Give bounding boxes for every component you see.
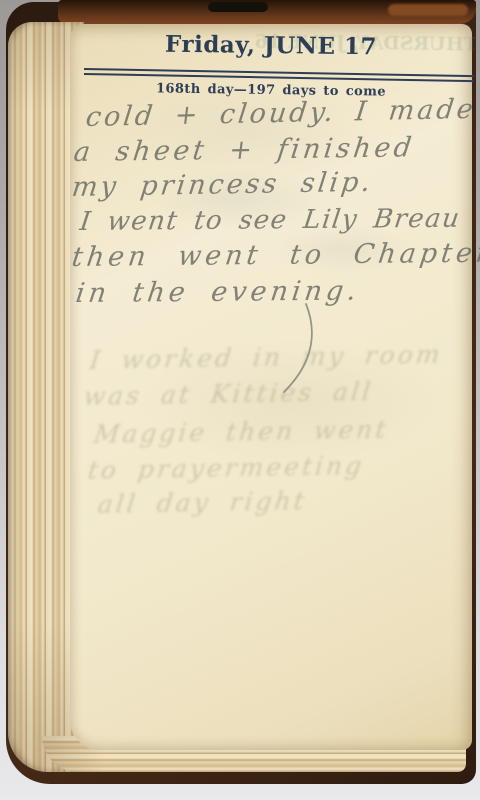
ghost-line: I worked in my room xyxy=(88,340,444,375)
cover-rust-spot xyxy=(388,4,468,16)
scanned-diary-screenshot: { "header": { "date_label": "Friday, JUN… xyxy=(0,0,480,800)
handwriting-line: a sheet + finished xyxy=(72,132,417,168)
diary-page: THURSDAY, JUNE 16 Friday, JUNE 17 168th … xyxy=(70,24,472,750)
handwriting-line: in the evening. xyxy=(74,276,362,310)
handwriting-line: then went to Chapter xyxy=(70,238,480,273)
cover-wear-spot xyxy=(208,2,268,12)
handwriting-line: cold + cloudy. I made xyxy=(84,94,477,133)
handwriting-line: I went to see Lily Breau xyxy=(78,204,462,237)
header-double-rule xyxy=(84,68,474,82)
ghost-line: to prayermeeting xyxy=(86,451,366,485)
book-cover-top-edge xyxy=(58,0,476,24)
ghost-line: Maggie then went xyxy=(92,415,390,449)
handwriting-line: my princess slip. xyxy=(70,167,375,203)
date-header: Friday, JUNE 17 xyxy=(70,30,472,62)
ghost-line: was at Kitties all xyxy=(82,377,375,411)
ghost-line: all day right xyxy=(96,486,308,519)
